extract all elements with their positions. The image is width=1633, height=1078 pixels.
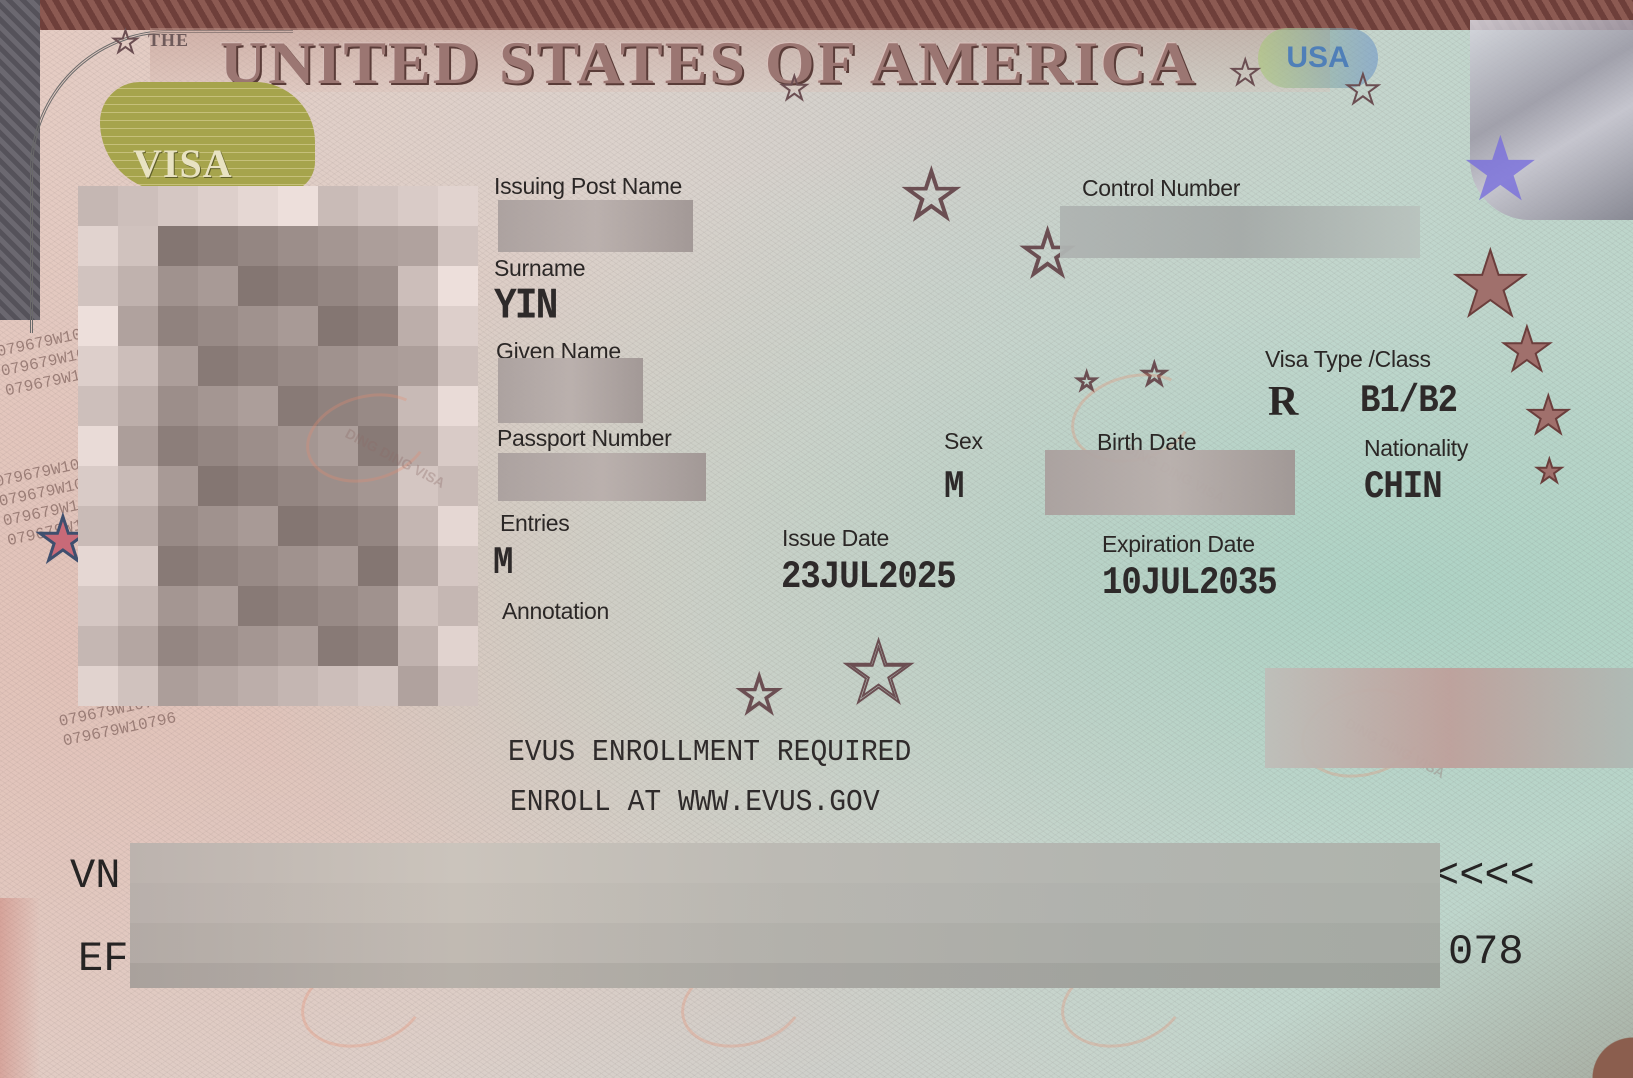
photo-mosaic-cell xyxy=(78,266,118,306)
photo-mosaic-cell xyxy=(278,346,318,386)
page-edge-left xyxy=(0,898,40,1078)
photo-mosaic-cell xyxy=(198,426,238,466)
photo-mosaic-cell xyxy=(438,186,478,226)
document-title: UNITED STATES OF AMERICA xyxy=(220,28,1197,98)
photo-mosaic-cell xyxy=(78,666,118,706)
photo-mosaic-cell xyxy=(158,506,198,546)
photo-mosaic-cell xyxy=(198,466,238,506)
photo-mosaic-cell xyxy=(158,386,198,426)
control-number-redacted xyxy=(1060,206,1420,258)
photo-mosaic-cell xyxy=(158,586,198,626)
photo-mosaic-cell xyxy=(438,426,478,466)
control-number-label: Control Number xyxy=(1082,175,1240,202)
photo-mosaic-cell xyxy=(398,546,438,586)
issue-date-label: Issue Date xyxy=(782,525,889,552)
photo-mosaic-cell xyxy=(198,266,238,306)
photo-mosaic-cell xyxy=(318,666,358,706)
photo-mosaic-cell xyxy=(78,386,118,426)
photo-mosaic-cell xyxy=(358,346,398,386)
photo-mosaic-cell xyxy=(318,266,358,306)
star-icon: ★ xyxy=(780,72,809,104)
photo-mosaic-cell xyxy=(398,626,438,666)
visa-type-value: R xyxy=(1268,378,1298,426)
photo-mosaic-cell xyxy=(118,466,158,506)
photo-mosaic-cell xyxy=(158,546,198,586)
photo-mosaic-cell xyxy=(278,506,318,546)
photo-mosaic-cell xyxy=(398,266,438,306)
sex-value: M xyxy=(944,466,963,510)
star-icon: ★ xyxy=(1535,455,1564,487)
seal-area-redacted xyxy=(1265,668,1633,768)
photo-mosaic-cell xyxy=(158,226,198,266)
star-icon: ☆ xyxy=(735,668,783,722)
photo-mosaic-cell xyxy=(198,346,238,386)
photo-mosaic-cell xyxy=(78,586,118,626)
photo-mosaic-cell xyxy=(118,586,158,626)
mrz-redacted xyxy=(130,843,1440,988)
photo-mosaic-cell xyxy=(118,266,158,306)
issue-date-value: 23JUL2025 xyxy=(781,556,956,600)
photo-mosaic-cell xyxy=(318,226,358,266)
annotation-label: Annotation xyxy=(502,598,609,625)
photo-mosaic-cell xyxy=(358,266,398,306)
photo-mosaic-cell xyxy=(438,506,478,546)
star-icon: ☆ xyxy=(840,630,917,716)
expiration-date-label: Expiration Date xyxy=(1102,531,1255,558)
photo-mosaic-cell xyxy=(118,666,158,706)
top-security-band xyxy=(0,0,1633,30)
photo-mosaic-cell xyxy=(238,546,278,586)
photo-mosaic-cell xyxy=(78,466,118,506)
photo-mosaic-cell xyxy=(278,306,318,346)
photo-mosaic-cell xyxy=(438,386,478,426)
visa-document: 079679W10796 079679W10796 079679W10796 0… xyxy=(0,0,1633,1078)
photo-mosaic-cell xyxy=(238,186,278,226)
photo-mosaic-cell xyxy=(158,266,198,306)
photo-mosaic-cell xyxy=(318,306,358,346)
photo-mosaic-cell xyxy=(438,626,478,666)
photo-mosaic-cell xyxy=(278,186,318,226)
photo-mosaic-cell xyxy=(238,506,278,546)
photo-mosaic-cell xyxy=(118,546,158,586)
title-the: THE xyxy=(148,30,189,51)
passport-number-redacted xyxy=(498,453,706,501)
nationality-value: CHIN xyxy=(1364,466,1442,510)
nationality-label: Nationality xyxy=(1364,435,1468,462)
visa-emblem-label: VISA xyxy=(133,140,233,187)
photo-mosaic-cell xyxy=(238,426,278,466)
visa-class-value: B1/B2 xyxy=(1360,380,1457,424)
photo-mosaic-cell xyxy=(78,346,118,386)
mrz-line-1-start: VN xyxy=(70,852,120,900)
photo-mosaic-cell xyxy=(238,306,278,346)
photo-mosaic-cell xyxy=(438,306,478,346)
photo-mosaic-cell xyxy=(78,226,118,266)
photo-mosaic-cell xyxy=(438,346,478,386)
photo-mosaic-cell xyxy=(318,626,358,666)
entries-value: M xyxy=(493,542,512,586)
photo-mosaic-cell xyxy=(198,546,238,586)
photo-mosaic-cell xyxy=(278,226,318,266)
star-icon: ★ xyxy=(1500,320,1554,380)
issuing-post-name-label: Issuing Post Name xyxy=(494,173,682,200)
photo-mosaic-cell xyxy=(358,186,398,226)
photo-mosaic-cell xyxy=(158,426,198,466)
photo-mosaic-cell xyxy=(158,346,198,386)
photo-mosaic-cell xyxy=(278,586,318,626)
photo-mosaic-cell xyxy=(78,546,118,586)
photo-mosaic-cell xyxy=(238,266,278,306)
photo-mosaic-cell xyxy=(238,386,278,426)
photo-mosaic-cell xyxy=(238,466,278,506)
photo-mosaic-cell xyxy=(358,306,398,346)
photo-mosaic-cell xyxy=(398,506,438,546)
photo-mosaic-cell xyxy=(118,506,158,546)
photo-mosaic-cell xyxy=(318,506,358,546)
photo-mosaic-cell xyxy=(118,426,158,466)
photo-mosaic-cell xyxy=(278,546,318,586)
star-icon: ★ xyxy=(1230,56,1260,90)
photo-mosaic-cell xyxy=(318,186,358,226)
photo-mosaic-cell xyxy=(278,666,318,706)
photo-mosaic-cell xyxy=(198,666,238,706)
photo-mosaic-cell xyxy=(318,346,358,386)
photo-mosaic-cell xyxy=(438,546,478,586)
photo-mosaic-cell xyxy=(78,306,118,346)
photo-mosaic-cell xyxy=(158,306,198,346)
photo-mosaic-cell xyxy=(278,266,318,306)
photo-mosaic-cell xyxy=(238,346,278,386)
photo-mosaic-cell xyxy=(238,666,278,706)
passport-number-label: Passport Number xyxy=(497,425,671,452)
photo-mosaic-cell xyxy=(278,466,318,506)
photo-mosaic-cell xyxy=(398,226,438,266)
photo-mosaic-cell xyxy=(278,386,318,426)
photo-mosaic-cell xyxy=(118,386,158,426)
photo-mosaic-cell xyxy=(238,626,278,666)
mrz-line-2-end: 078 xyxy=(1448,928,1524,976)
expiration-date-value: 10JUL2035 xyxy=(1102,562,1277,606)
mrz-line-2-start: EF xyxy=(78,935,128,983)
photo-mosaic-cell xyxy=(198,226,238,266)
photo-mosaic-cell xyxy=(438,226,478,266)
photo-mosaic-cell xyxy=(318,546,358,586)
page-corner xyxy=(1553,998,1633,1078)
photo-mosaic-cell xyxy=(358,546,398,586)
surname-value: YIN xyxy=(494,282,556,331)
photo-mosaic-cell xyxy=(78,426,118,466)
photo-mosaic-cell xyxy=(398,666,438,706)
photo-mosaic-cell xyxy=(78,626,118,666)
photo-mosaic-cell xyxy=(198,586,238,626)
photo-mosaic-cell xyxy=(318,586,358,626)
photo-mosaic-cell xyxy=(398,306,438,346)
sex-label: Sex xyxy=(944,428,983,455)
photo-mosaic-cell xyxy=(358,506,398,546)
star-icon: ★ xyxy=(112,28,139,58)
annotation-line-2: ENROLL AT WWW.EVUS.GOV xyxy=(510,786,880,820)
photo-mosaic-cell xyxy=(198,626,238,666)
photo-mosaic-cell xyxy=(78,186,118,226)
annotation-line-1: EVUS ENROLLMENT REQUIRED xyxy=(508,736,911,770)
photo-mosaic-cell xyxy=(118,186,158,226)
photo-mosaic-cell xyxy=(398,186,438,226)
photo-mosaic-cell xyxy=(238,226,278,266)
photo-mosaic-cell xyxy=(278,626,318,666)
photo-mosaic-cell xyxy=(438,586,478,626)
star-icon: ★ xyxy=(1525,390,1572,442)
birth-date-redacted xyxy=(1045,450,1295,515)
photo-mosaic-cell xyxy=(198,186,238,226)
star-icon: ★ xyxy=(1345,70,1381,110)
photo-mosaic-cell xyxy=(158,626,198,666)
photo-mosaic-cell xyxy=(438,266,478,306)
photo-mosaic-cell xyxy=(358,586,398,626)
photo-mosaic-cell xyxy=(118,626,158,666)
photo-mosaic-cell xyxy=(158,666,198,706)
star-icon: ☆ xyxy=(900,160,963,230)
photo-mosaic-cell xyxy=(198,306,238,346)
photo-mosaic-cell xyxy=(118,226,158,266)
photo-mosaic-cell xyxy=(198,506,238,546)
surname-label: Surname xyxy=(494,255,585,282)
photo-mosaic-cell xyxy=(358,226,398,266)
photo-mosaic-cell xyxy=(118,346,158,386)
photo-mosaic-cell xyxy=(78,506,118,546)
photo-mosaic-cell xyxy=(238,586,278,626)
photo-mosaic-cell xyxy=(438,666,478,706)
photo-mosaic-cell xyxy=(358,666,398,706)
photo-mosaic-cell xyxy=(438,466,478,506)
photo-mosaic-cell xyxy=(358,626,398,666)
photo-mosaic-cell xyxy=(398,586,438,626)
photo-mosaic-cell xyxy=(158,186,198,226)
issuing-post-name-redacted xyxy=(498,200,693,252)
given-name-redacted xyxy=(498,358,643,423)
visa-type-class-label: Visa Type /Class xyxy=(1265,346,1431,373)
photo-mosaic-cell xyxy=(118,306,158,346)
photo-mosaic-cell xyxy=(398,346,438,386)
entries-label: Entries xyxy=(500,510,569,537)
photo-mosaic-cell xyxy=(198,386,238,426)
photo-mosaic-cell xyxy=(158,466,198,506)
hologram-star-icon: ★ xyxy=(1460,125,1541,215)
mrz-line-1-end: <<<< xyxy=(1434,852,1535,900)
